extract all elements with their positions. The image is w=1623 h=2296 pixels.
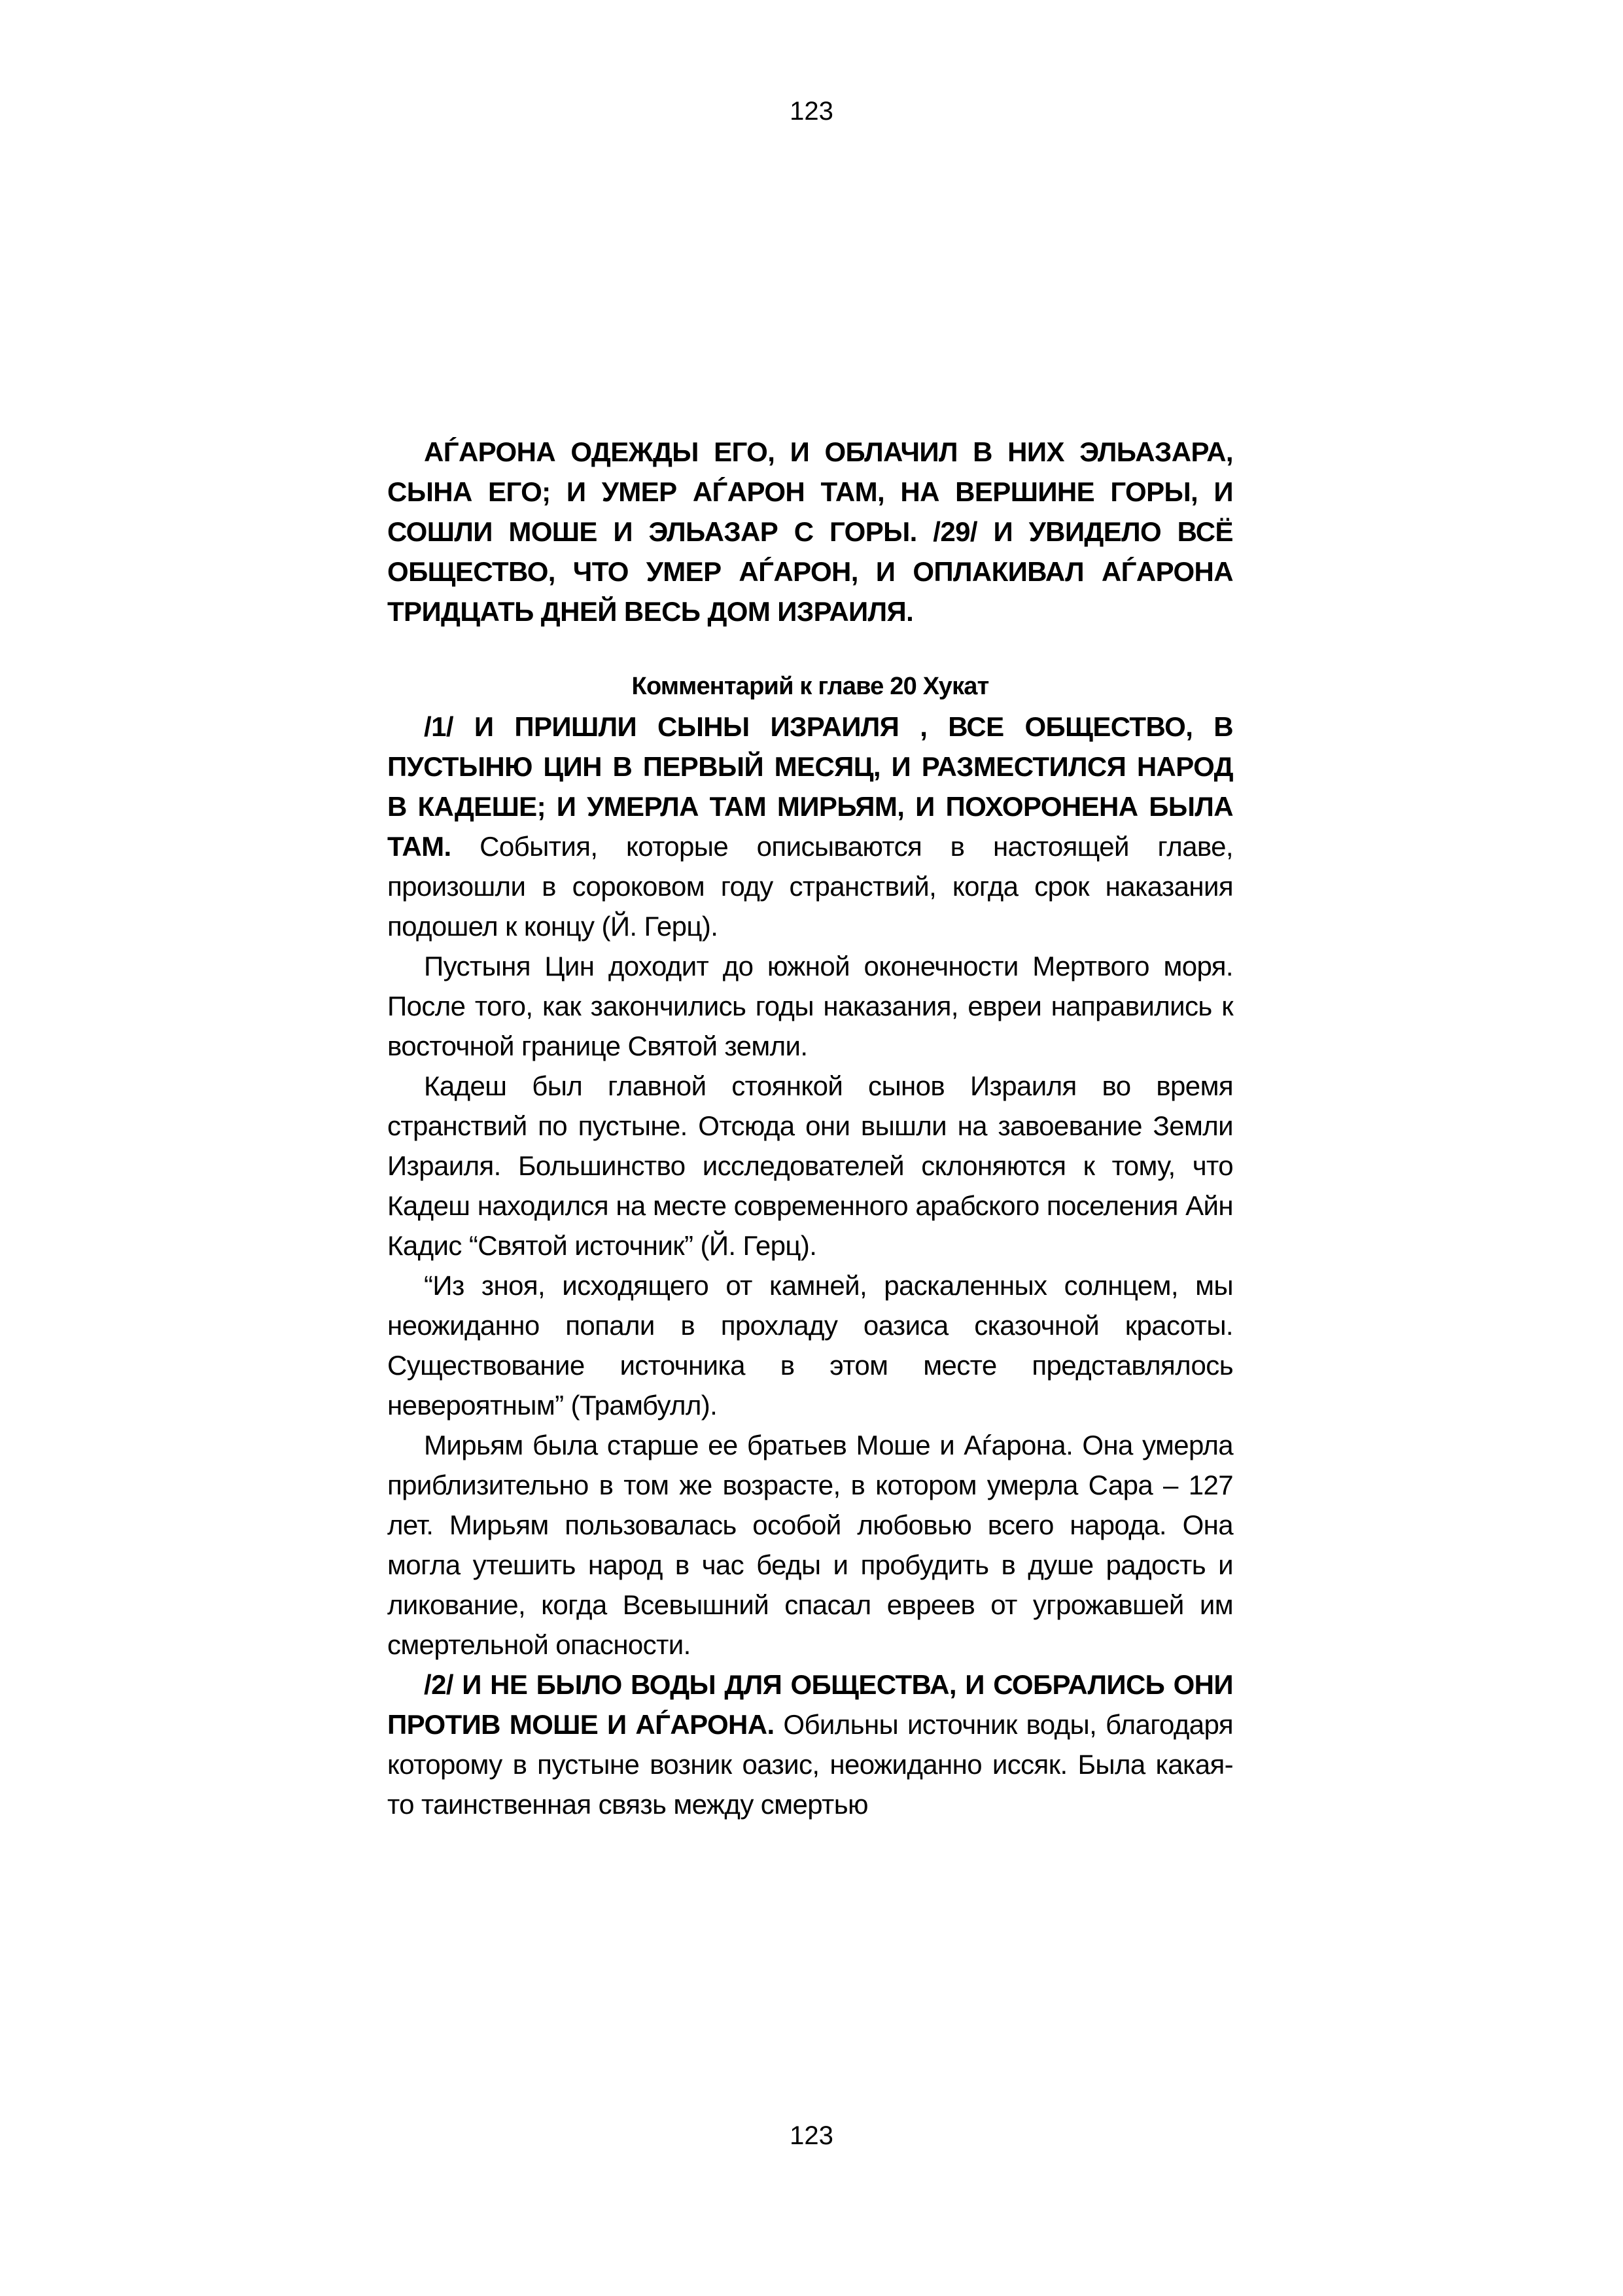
- commentary-text: События, которые описываются в настоящей…: [387, 831, 1233, 942]
- commentary-text: “Из зноя, исходящего от камней, раскален…: [387, 1270, 1233, 1421]
- commentary-text: Мирьям была старше ее братьев Моше и Аѓа…: [387, 1430, 1233, 1660]
- paragraph: Мирьям была старше ее братьев Моше и Аѓа…: [387, 1425, 1233, 1665]
- verse-continuation: АЃАРОНА ОДЕЖДЫ ЕГО, И ОБЛАЧИЛ В НИХ ЭЛЬА…: [387, 432, 1233, 631]
- page-number-bottom: 123: [0, 2120, 1623, 2151]
- paragraph: “Из зноя, исходящего от камней, раскален…: [387, 1265, 1233, 1425]
- commentary-text: Кадеш был главной стоянкой сынов Израиля…: [387, 1070, 1233, 1261]
- text-column: АЃАРОНА ОДЕЖДЫ ЕГО, И ОБЛАЧИЛ В НИХ ЭЛЬА…: [387, 432, 1233, 1824]
- page-number-top: 123: [0, 96, 1623, 127]
- section-heading: Комментарий к главе 20 Хукат: [387, 667, 1233, 707]
- paragraph: Пустыня Цин доходит до южной оконечности…: [387, 946, 1233, 1066]
- paragraph: Кадеш был главной стоянкой сынов Израиля…: [387, 1066, 1233, 1265]
- commentary-text: Пустыня Цин доходит до южной оконечности…: [387, 951, 1233, 1061]
- paragraph-verse-2: /2/ И НЕ БЫЛО ВОДЫ ДЛЯ ОБЩЕСТВА, И СОБРА…: [387, 1665, 1233, 1824]
- paragraph-verse-1: /1/ И ПРИШЛИ СЫНЫ ИЗРАИЛЯ , ВСЕ ОБЩЕСТВО…: [387, 707, 1233, 946]
